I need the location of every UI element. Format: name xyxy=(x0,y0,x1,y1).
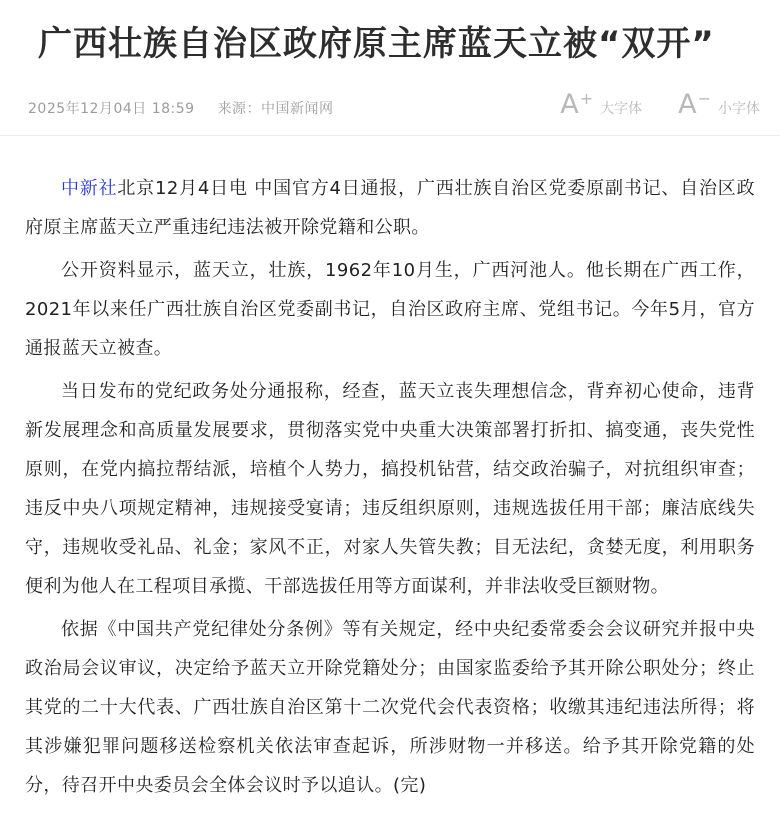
font-decrease-icon: A− xyxy=(678,91,711,118)
font-size-controls: A+ 大字体 A− 小字体 xyxy=(524,91,760,118)
font-decrease-label: 小字体 xyxy=(718,98,760,118)
meta-row: 2025年12月04日 18:59 来源：中国新闻网 A+ 大字体 A− 小字体 xyxy=(25,91,760,118)
article-paragraph: 依据《中国共产党纪律处分条例》等有关规定，经中央纪委常委会会议研究并报中央政治局… xyxy=(25,610,755,805)
font-decrease-button[interactable]: A− 小字体 xyxy=(678,91,760,118)
page-title: 广西壮族自治区政府原主席蓝天立被“双开” xyxy=(38,22,760,67)
font-increase-button[interactable]: A+ 大字体 xyxy=(560,91,642,118)
article-paragraph: 当日发布的党纪政务处分通报称，经查，蓝天立丧失理想信念，背弃初心使命，违背新发展… xyxy=(25,372,755,606)
publish-datetime: 2025年12月04日 18:59 xyxy=(28,101,195,117)
article-page: 广西壮族自治区政府原主席蓝天立被“双开” 2025年12月04日 18:59 来… xyxy=(0,0,780,819)
lead-paragraph: 中新社北京12月4日电 中国官方4日通报，广西壮族自治区党委原副书记、自治区政府… xyxy=(25,169,755,247)
font-increase-icon: A+ xyxy=(560,91,593,118)
lead-paragraph-text: 北京12月4日电 中国官方4日通报，广西壮族自治区党委原副书记、自治区政府原主席… xyxy=(25,178,755,238)
meta-info: 2025年12月04日 18:59 来源：中国新闻网 xyxy=(28,98,334,118)
article-header: 广西壮族自治区政府原主席蓝天立被“双开” 2025年12月04日 18:59 来… xyxy=(0,0,780,118)
article-source: 来源：中国新闻网 xyxy=(218,101,334,117)
article-paragraph: 公开资料显示，蓝天立，壮族，1962年10月生，广西河池人。他长期在广西工作，2… xyxy=(25,251,755,368)
article-body: 中新社北京12月4日电 中国官方4日通报，广西壮族自治区党委原副书记、自治区政府… xyxy=(0,136,780,819)
font-increase-label: 大字体 xyxy=(600,98,642,118)
news-agency-link[interactable]: 中新社 xyxy=(61,178,117,199)
